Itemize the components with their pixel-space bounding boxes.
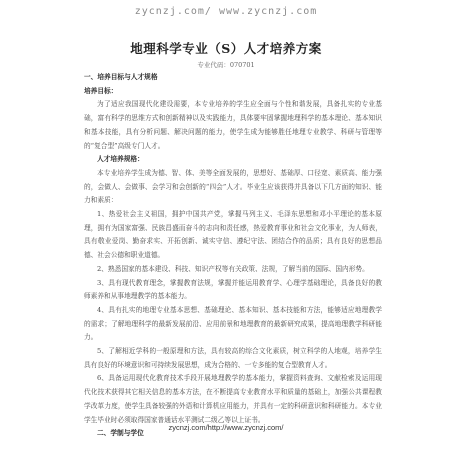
goal-heading: 培养目标： — [84, 85, 382, 99]
section1-heading: 一、培养目标与人才规格 — [84, 71, 382, 85]
goal-paragraph: 为了适应我国现代化建设需要，本专业培养的学生应全面与个性和谐发展，具备扎实的专业… — [84, 98, 382, 153]
spec-item-1: 1、热爱社会主义祖国，拥护中国共产党，掌握马列主义、毛泽东思想和邓小平理论的基本… — [84, 208, 382, 263]
spec-item-4: 4、具有扎实的地理专业基本思想、基础理论、基本知识、基本技能和方法，能够适应地理… — [84, 304, 382, 345]
header-watermark-url: zycnzj.com/ www.zycnzj.com — [0, 6, 452, 17]
spec-heading: 人才培养规格： — [84, 153, 382, 167]
major-code: 专业代码：070701 — [0, 60, 452, 69]
spec-item-2: 2、熟悉国家的基本建设、科技、知识产权等有关政策、法规，了解当前的国际、国内形势… — [84, 263, 382, 277]
spec-intro-paragraph: 本专业培养学生成为德、智、体、美等全面发展的，思想好、基础厚、口径宽、素质高、能… — [84, 167, 382, 208]
document-body: 一、培养目标与人才规格 培养目标： 为了适应我国现代化建设需要，本专业培养的学生… — [84, 71, 382, 441]
spec-item-6: 6、具备运用现代化教育技术手段开展地理教学的基本能力，掌握资料查询、文献检索及运… — [84, 372, 382, 427]
footer-watermark-url: zycnzj.com/http://www.zycnzj.com/ — [0, 423, 452, 432]
document-title: 地理科学专业（S）人才培养方案 — [0, 39, 452, 57]
document-page: zycnzj.com/ www.zycnzj.com 地理科学专业（S）人才培养… — [0, 0, 452, 452]
spec-item-5: 5、了解相近学科的一般原理和方法，具有较高的综合文化素质，树立科学的人地观，培养… — [84, 345, 382, 372]
spec-item-3: 3、具有现代教育理念，掌握教育法规，掌握并能运用教育学、心理学基础理论，具备良好… — [84, 277, 382, 304]
